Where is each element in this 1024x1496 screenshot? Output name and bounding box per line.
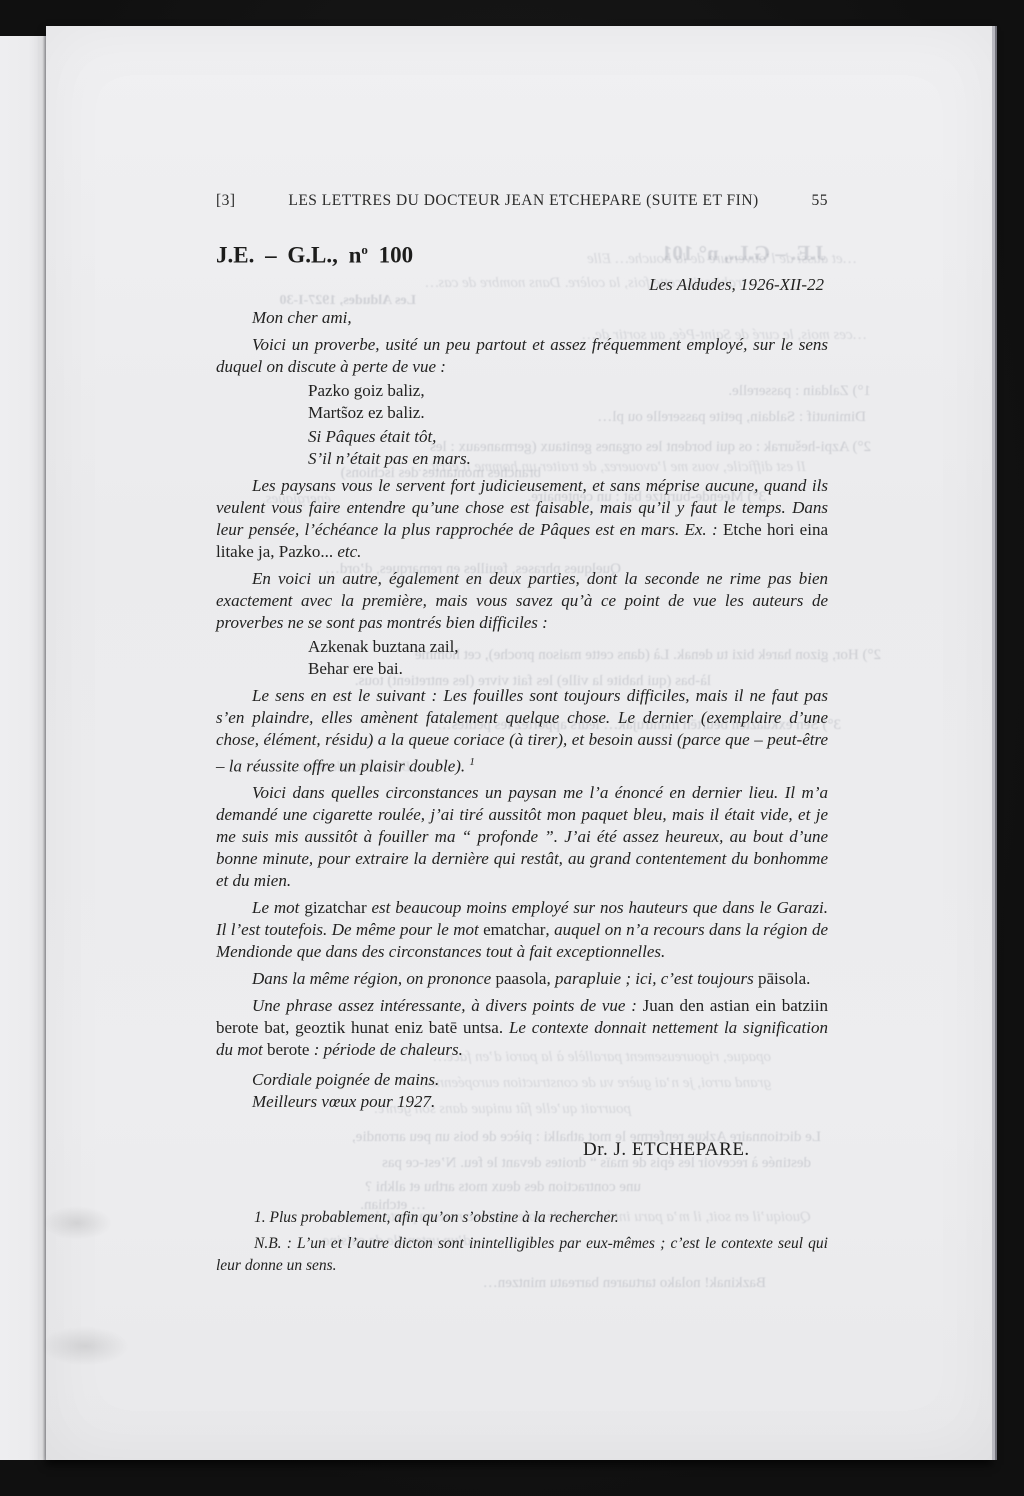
closing-line: Cordiale poignée de mains. [252,1069,828,1091]
letter-heading-number: 100 [368,243,413,268]
text-segment: 1. Plus probablement, afin qu’on s’obsti… [254,1209,619,1226]
text-segment: ematchar [483,920,545,939]
salutation: Mon cher ami, [216,307,828,329]
proverb-verse: Si Pâques était tôt,S’il n’était pas en … [308,426,828,470]
closing-line: Meilleurs vœux pour 1927. [252,1091,828,1113]
text-segment: En voici un autre, également en deux par… [216,569,828,632]
paper-crease [42,1206,112,1240]
text-segment: Voici un proverbe, usité un peu partout … [216,335,828,376]
gutter-page-edge [0,36,46,1460]
text-segment: , parapluie ; ici, c’est toujours [546,969,758,988]
header-page-number: 55 [812,192,829,210]
running-header: [3] LES LETTRES DU DOCTEUR JEAN ETCHEPAR… [216,192,828,210]
text-segment: N.B. : L’un et l’autre dicton sont inint… [216,1235,828,1274]
text-segment: Dans la même région, on prononce [252,969,495,988]
letter-heading-text: J.E. – G.L., n [216,243,361,268]
text-segment: 1 [469,756,475,768]
book-page: J.E. – G.L., n° 101…et aussi de l’ouvert… [46,26,992,1460]
letter-body: Mon cher ami, Voici un proverbe, usité u… [216,307,828,1278]
verse-line: Si Pâques était tôt, [308,426,828,448]
proverb-verse: Pazko goiz baliz,Marts̃oz ez baliz. [308,380,828,424]
text-segment: gizatchar [304,898,366,917]
letter-paragraphs: Voici un proverbe, usité un peu partout … [216,334,828,1114]
verse-line: Pazko goiz baliz, [308,380,828,402]
footnotes: 1. Plus probablement, afin qu’on s’obsti… [216,1207,828,1277]
paragraph: Les paysans vous le servent fort judicie… [216,475,828,563]
paragraph: Une phrase assez intéressante, à divers … [216,995,828,1061]
paragraph: En voici un autre, également en deux par… [216,568,828,634]
page-content: [3] LES LETTRES DU DOCTEUR JEAN ETCHEPAR… [216,192,828,1277]
header-index: [3] [216,192,236,210]
paragraph: Le mot gizatchar est beaucoup moins empl… [216,897,828,963]
header-title: LES LETTRES DU DOCTEUR JEAN ETCHEPARE (S… [236,192,812,210]
text-segment: pāisola. [758,969,810,988]
verse-line: Behar ere bai. [308,658,828,680]
paragraph: Dans la même région, on prononce paasola… [216,968,828,990]
closing-lines: Cordiale poignée de mains.Meilleurs vœux… [252,1069,828,1113]
paper-crease [40,1326,130,1366]
text-segment: : période de chaleurs. [309,1040,462,1059]
verse-line: Marts̃oz ez baliz. [308,402,828,424]
signature: Dr. J. ETCHEPARE. [583,1139,828,1161]
paragraph: Voici un proverbe, usité un peu partout … [216,334,828,378]
footnote: N.B. : L’un et l’autre dicton sont inint… [216,1233,828,1277]
text-segment: paasola [495,969,546,988]
text-segment: Le sens en est le suivant : Les fouilles… [216,686,828,776]
dateline: Les Aldudes, 1926-XII-22 [216,275,828,295]
text-segment: Le mot [252,898,304,917]
text-segment: Une phrase assez intéressante, à divers … [252,996,643,1015]
book-scan: J.E. – G.L., n° 101…et aussi de l’ouvert… [0,0,1024,1496]
text-segment: etc. [337,542,361,561]
paragraph: Voici dans quelles circonstances un pays… [216,782,828,892]
text-segment: berote [267,1040,309,1059]
verse-line: Azkenak buztana zail, [308,636,828,658]
proverb-verse: Azkenak buztana zail,Behar ere bai. [308,636,828,680]
letter-heading: J.E. – G.L., no 100 [216,242,828,269]
verse-line: S’il n’était pas en mars. [308,448,828,470]
text-segment: Voici dans quelles circonstances un pays… [216,783,828,890]
footnote: 1. Plus probablement, afin qu’on s’obsti… [216,1207,828,1229]
paragraph: Le sens en est le suivant : Les fouilles… [216,685,828,778]
